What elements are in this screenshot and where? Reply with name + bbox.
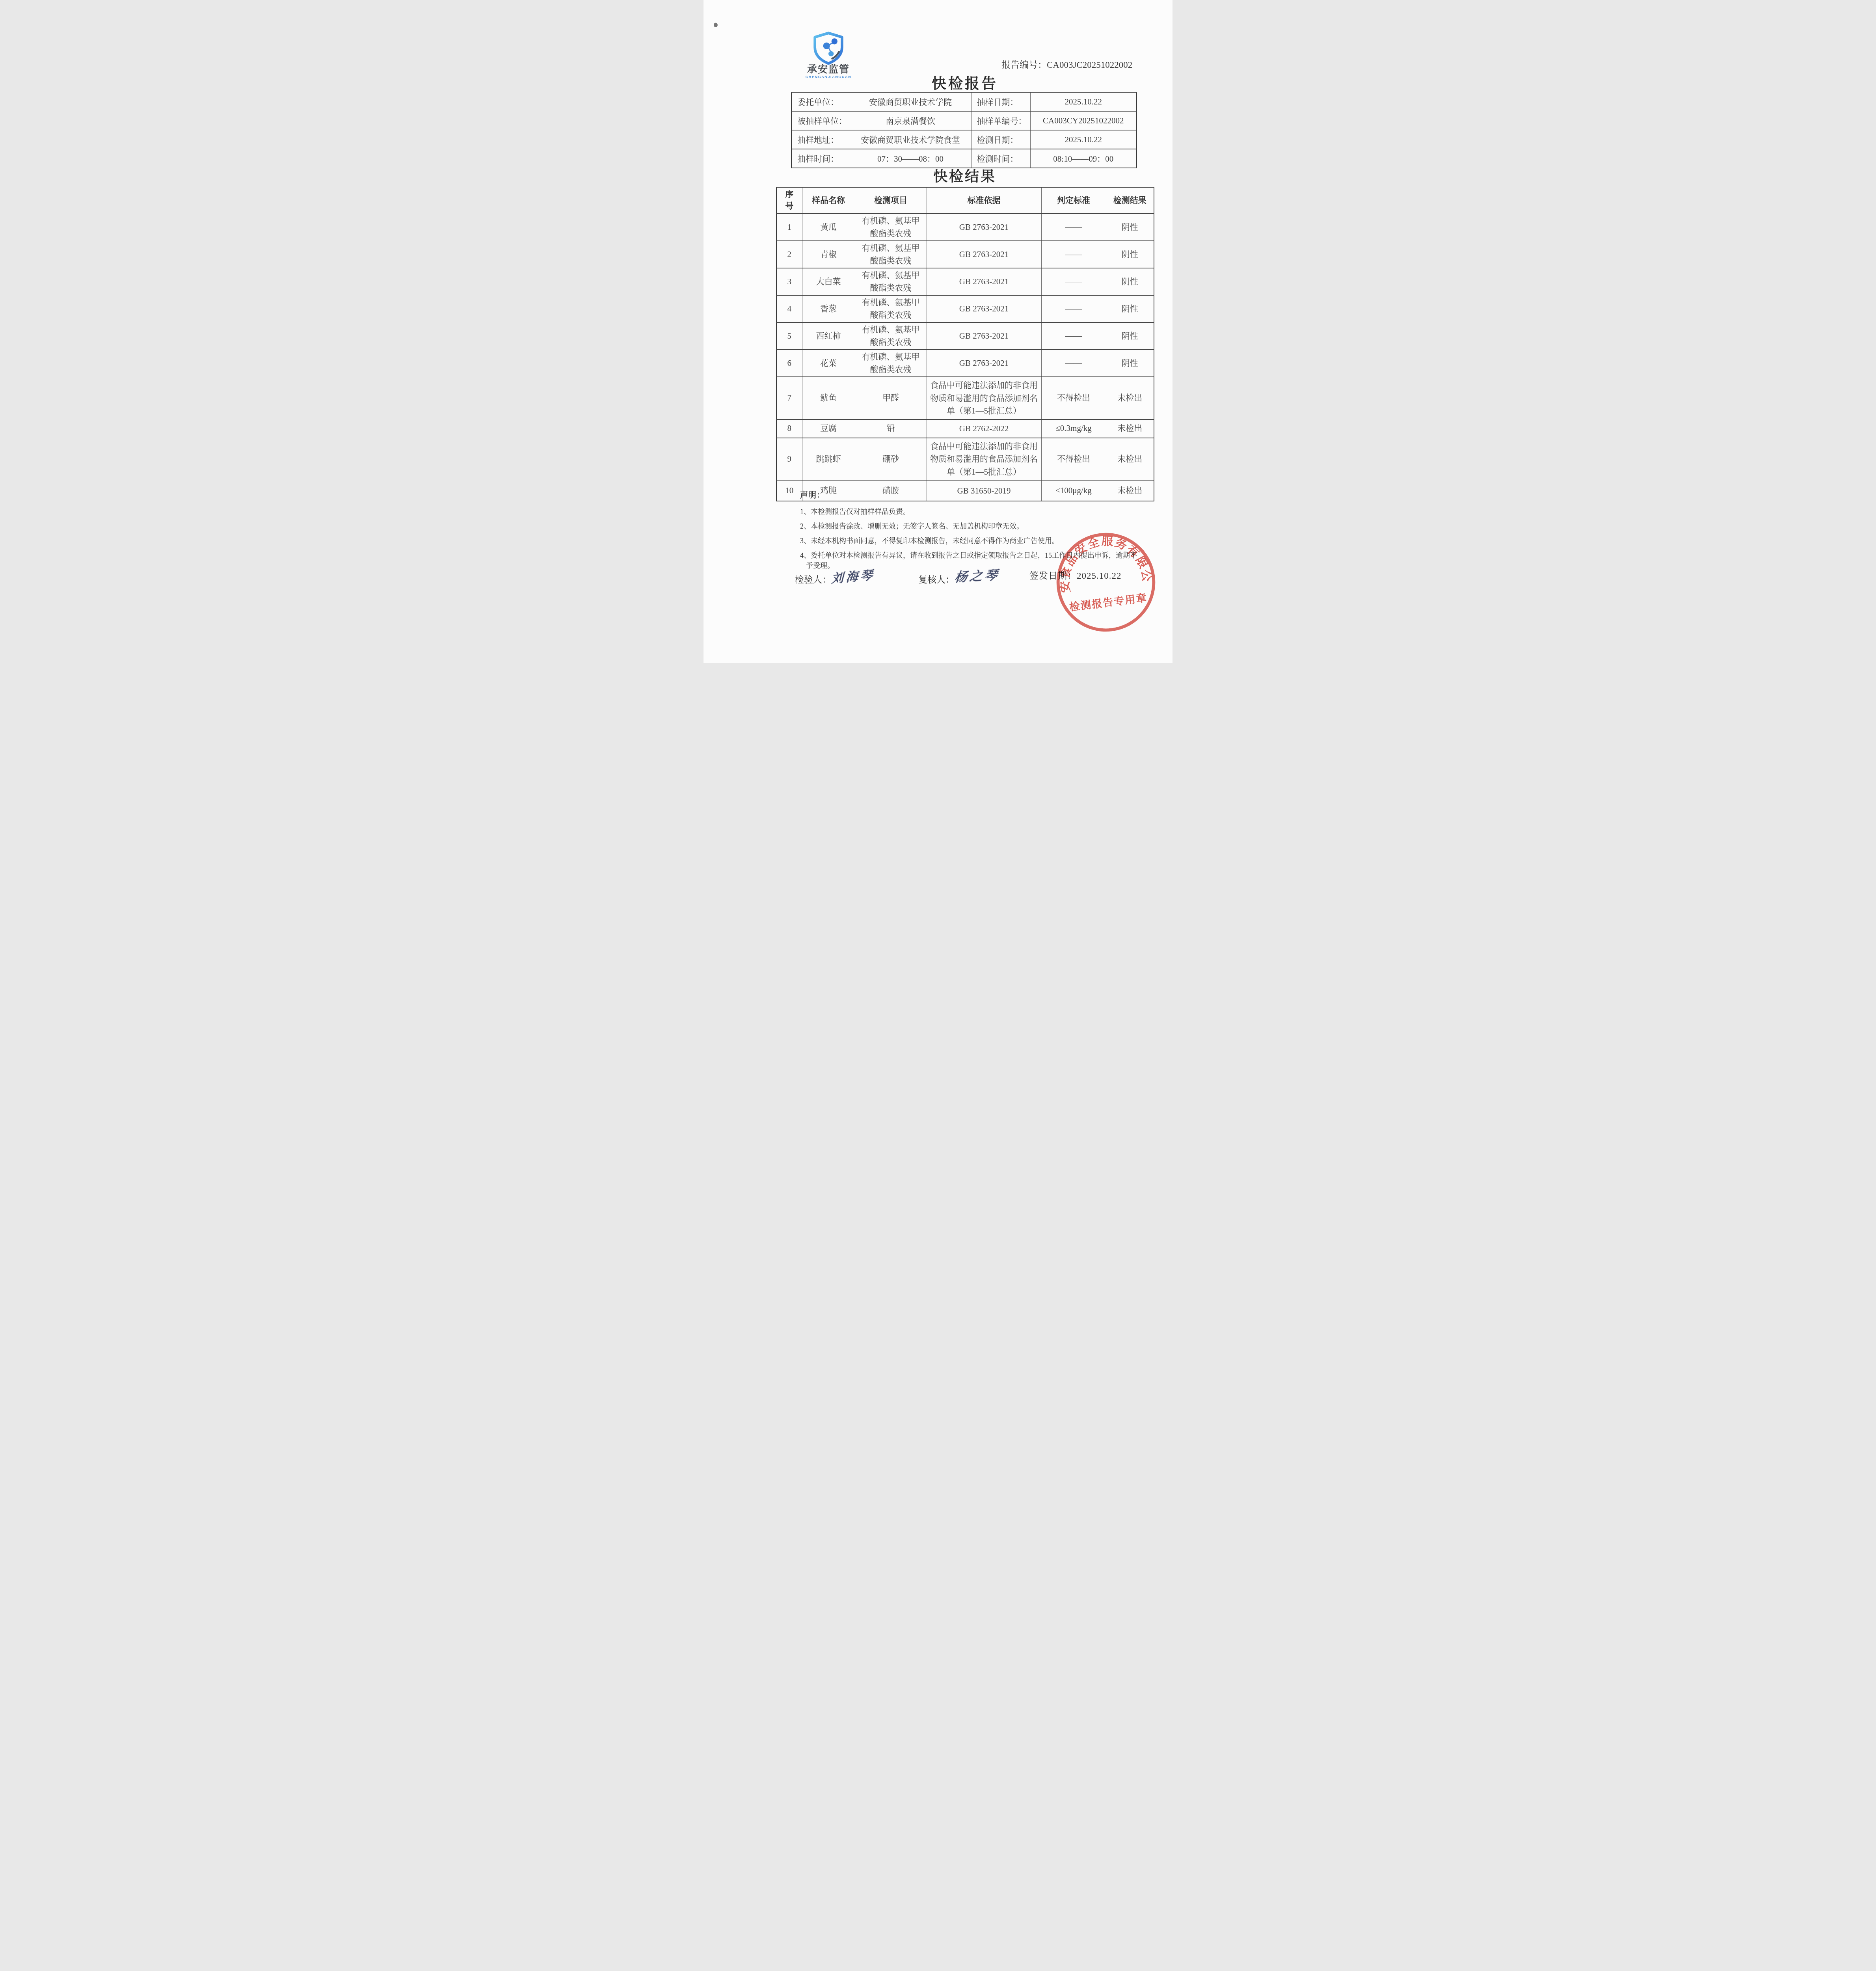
- cell-sample: 鱿鱼: [802, 377, 855, 419]
- reviewer-signature-block: 复核人：杨之琴: [918, 568, 1029, 587]
- cell-result: 阴性: [1106, 295, 1154, 322]
- table-row: 8 豆腐 铅 GB 2762-2022 ≤0.3mg/kg 未检出: [776, 419, 1154, 438]
- info-value: 南京泉满餐饮: [850, 111, 971, 130]
- cell-standard: GB 2763-2021: [927, 268, 1041, 295]
- table-row: 3 大白菜 有机磷、氨基甲酸酯类农残 GB 2763-2021 —— 阴性: [776, 268, 1154, 295]
- results-section-title: 快检结果: [776, 166, 1154, 186]
- info-value: 安徽商贸职业技术学院食堂: [850, 130, 971, 149]
- cell-no: 6: [776, 350, 802, 377]
- cell-criterion: ——: [1041, 350, 1106, 377]
- cell-sample: 青椒: [802, 241, 855, 268]
- inspector-label: 检验人：: [795, 575, 831, 585]
- cell-no: 10: [776, 480, 802, 501]
- cell-result: 阴性: [1106, 241, 1154, 268]
- cell-no: 8: [776, 419, 802, 438]
- inspector-signature: 刘海琴: [831, 565, 875, 587]
- cell-result: 阴性: [1106, 268, 1154, 295]
- info-value: 07：30——08：00: [850, 149, 971, 168]
- cell-item: 有机磷、氨基甲酸酯类农残: [855, 350, 927, 377]
- cell-no: 4: [776, 295, 802, 322]
- cell-no: 2: [776, 241, 802, 268]
- cell-item: 有机磷、氨基甲酸酯类农残: [855, 268, 927, 295]
- cell-sample: 跳跳虾: [802, 438, 855, 481]
- cell-item: 铅: [855, 419, 927, 438]
- cell-sample: 黄瓜: [802, 214, 855, 241]
- cell-criterion: ≤0.3mg/kg: [1041, 419, 1106, 438]
- inspector-signature-block: 检验人：刘海琴: [795, 568, 918, 586]
- info-value: CA003CY20251022002: [1030, 111, 1137, 130]
- report-number-label: 报告编号：: [1001, 60, 1047, 70]
- shield-network-icon: [810, 32, 847, 65]
- cell-standard: GB 2763-2021: [927, 241, 1041, 268]
- report-number-value: CA003JC20251022002: [1047, 60, 1132, 70]
- cell-result: 阴性: [1106, 322, 1154, 350]
- cell-criterion: ——: [1041, 241, 1106, 268]
- table-header-row: 序号 样品名称 检测项目 标准依据 判定标准 检测结果: [776, 187, 1154, 214]
- info-value: 2025.10.22: [1030, 92, 1137, 111]
- stamp-label-text: 检测报告专用章: [1069, 592, 1148, 613]
- cell-item: 甲醛: [855, 377, 927, 419]
- scan-smudge-artifact: [713, 22, 718, 28]
- cell-no: 1: [776, 214, 802, 241]
- cell-criterion: ——: [1041, 268, 1106, 295]
- column-header-standard: 标准依据: [927, 187, 1041, 214]
- table-row: 4 香葱 有机磷、氨基甲酸酯类农残 GB 2763-2021 —— 阴性: [776, 295, 1154, 322]
- cell-criterion: ——: [1041, 322, 1106, 350]
- cell-result: 未检出: [1106, 419, 1154, 438]
- issue-date-value: 2025.10.22: [1077, 571, 1122, 581]
- cell-result: 阴性: [1106, 350, 1154, 377]
- statement-item: 3、未经本机构书面同意，不得复印本检测报告，未经同意不得作为商业广告使用。: [800, 536, 1137, 546]
- column-header-criterion: 判定标准: [1041, 187, 1106, 214]
- info-label: 抽样时间：: [791, 149, 850, 168]
- column-header-result: 检测结果: [1106, 187, 1154, 214]
- cell-sample: 西红柿: [802, 322, 855, 350]
- table-row: 5 西红柿 有机磷、氨基甲酸酯类农残 GB 2763-2021 —— 阴性: [776, 322, 1154, 350]
- cell-sample: 花菜: [802, 350, 855, 377]
- reviewer-label: 复核人：: [918, 575, 955, 585]
- table-row: 7 鱿鱼 甲醛 食品中可能违法添加的非食用物质和易滥用的食品添加剂名单（第1—5…: [776, 377, 1154, 419]
- reviewer-signature: 杨之琴: [954, 565, 1001, 585]
- table-row: 委托单位： 安徽商贸职业技术学院 抽样日期： 2025.10.22: [791, 92, 1137, 111]
- statement-item: 1、本检测报告仅对抽样样品负责。: [800, 507, 1137, 517]
- cell-criterion: ——: [1041, 214, 1106, 241]
- cell-standard: GB 2763-2021: [927, 322, 1041, 350]
- cell-sample: 豆腐: [802, 419, 855, 438]
- issue-date-block: 签发日期：2025.10.22: [1029, 568, 1122, 581]
- cell-no: 7: [776, 377, 802, 419]
- cell-standard: GB 2762-2022: [927, 419, 1041, 438]
- cell-standard: 食品中可能违法添加的非食用物质和易滥用的食品添加剂名单（第1—5批汇总）: [927, 438, 1041, 481]
- table-row: 9 跳跳虾 硼砂 食品中可能违法添加的非食用物质和易滥用的食品添加剂名单（第1—…: [776, 438, 1154, 481]
- info-label: 抽样日期：: [971, 92, 1030, 111]
- report-page: 承安监管 CHENGANJIANGUAN 报告编号：CA003JC2025102…: [703, 0, 1172, 663]
- info-label: 抽样地址：: [791, 130, 850, 149]
- cell-standard: GB 2763-2021: [927, 214, 1041, 241]
- cell-sample: 香葱: [802, 295, 855, 322]
- cell-result: 未检出: [1106, 438, 1154, 481]
- statement-item: 2、本检测报告涂改、增删无效；无签字人签名、无加盖机构印章无效。: [800, 521, 1137, 531]
- cell-item: 有机磷、氨基甲酸酯类农残: [855, 322, 927, 350]
- table-row: 被抽样单位： 南京泉满餐饮 抽样单编号： CA003CY20251022002: [791, 111, 1137, 130]
- cell-no: 3: [776, 268, 802, 295]
- cell-criterion: ——: [1041, 295, 1106, 322]
- info-label: 委托单位：: [791, 92, 850, 111]
- cell-item: 有机磷、氨基甲酸酯类农残: [855, 295, 927, 322]
- cell-result: 未检出: [1106, 377, 1154, 419]
- info-value: 安徽商贸职业技术学院: [850, 92, 971, 111]
- cell-item: 有机磷、氨基甲酸酯类农残: [855, 241, 927, 268]
- sampling-info-table: 委托单位： 安徽商贸职业技术学院 抽样日期： 2025.10.22 被抽样单位：…: [791, 92, 1137, 168]
- test-results-table: 序号 样品名称 检测项目 标准依据 判定标准 检测结果 1 黄瓜 有机磷、氨基甲…: [776, 187, 1154, 501]
- cell-result: 阴性: [1106, 214, 1154, 241]
- table-row: 6 花菜 有机磷、氨基甲酸酯类农残 GB 2763-2021 —— 阴性: [776, 350, 1154, 377]
- cell-standard: 食品中可能违法添加的非食用物质和易滥用的食品添加剂名单（第1—5批汇总）: [927, 377, 1041, 419]
- info-label: 检测时间：: [971, 149, 1030, 168]
- table-row: 抽样时间： 07：30——08：00 检测时间： 08:10——09：00: [791, 149, 1137, 168]
- column-header-sample: 样品名称: [802, 187, 855, 214]
- cell-standard: GB 2763-2021: [927, 350, 1041, 377]
- cell-item: 有机磷、氨基甲酸酯类农残: [855, 214, 927, 241]
- table-row: 抽样地址： 安徽商贸职业技术学院食堂 检测日期： 2025.10.22: [791, 130, 1137, 149]
- info-label: 检测日期：: [971, 130, 1030, 149]
- cell-criterion: 不得检出: [1041, 438, 1106, 481]
- cell-criterion: 不得检出: [1041, 377, 1106, 419]
- statement-section: 声明： 1、本检测报告仅对抽样样品负责。 2、本检测报告涂改、增删无效；无签字人…: [800, 489, 1135, 575]
- signature-row: 检验人：刘海琴 复核人：杨之琴 签发日期：2025.10.22: [795, 568, 1161, 587]
- table-row: 1 黄瓜 有机磷、氨基甲酸酯类农残 GB 2763-2021 —— 阴性: [776, 214, 1154, 241]
- info-label: 抽样单编号：: [971, 111, 1030, 130]
- cell-standard: GB 2763-2021: [927, 295, 1041, 322]
- report-number-line: 报告编号：CA003JC20251022002: [1001, 58, 1137, 71]
- page-title: 快检报告: [776, 72, 1154, 93]
- cell-sample: 大白菜: [802, 268, 855, 295]
- info-value: 2025.10.22: [1030, 130, 1137, 149]
- statement-heading: 声明：: [800, 489, 1135, 500]
- table-row: 2 青椒 有机磷、氨基甲酸酯类农残 GB 2763-2021 —— 阴性: [776, 241, 1154, 268]
- cell-no: 9: [776, 438, 802, 481]
- column-header-no: 序号: [776, 187, 802, 214]
- cell-item: 硼砂: [855, 438, 927, 481]
- info-value: 08:10——09：00: [1030, 149, 1137, 168]
- issue-date-label: 签发日期：: [1029, 571, 1077, 581]
- cell-no: 5: [776, 322, 802, 350]
- column-header-item: 检测项目: [855, 187, 927, 214]
- info-label: 被抽样单位：: [791, 111, 850, 130]
